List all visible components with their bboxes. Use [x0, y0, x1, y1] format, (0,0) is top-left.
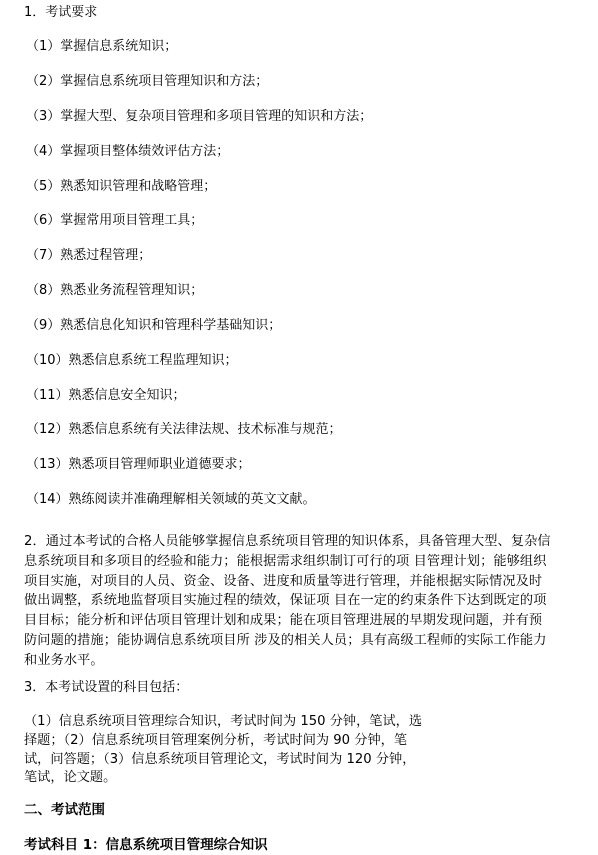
- requirement-item: （13）熟悉项目管理师职业道德要求；: [26, 457, 251, 473]
- requirement-item: （10）熟悉信息系统工程监理知识；: [26, 353, 238, 369]
- paragraph-line: 做出调整，系统地监督项目实施过程的绩效，保证项 目在一定的约束条件下达到既定的项: [24, 591, 584, 611]
- section1-title: 1．考试要求: [24, 5, 97, 21]
- heading-exam-scope: 二、考试范围: [24, 802, 105, 818]
- paragraph-line: 试，问答题；（3）信息系统项目管理论文，考试时间为 120 分钟，: [24, 751, 464, 770]
- requirement-item: （7）熟悉过程管理；: [26, 248, 151, 264]
- paragraph-line: 笔试，论文题。: [24, 769, 464, 788]
- paragraph-line: 2．通过本考试的合格人员能够掌握信息系统项目管理的知识体系，具备管理大型、复杂信: [24, 532, 584, 552]
- requirement-item: （4）掌握项目整体绩效评估方法；: [26, 144, 229, 160]
- requirement-item: （1）掌握信息系统知识；: [26, 39, 177, 55]
- section3-paragraph: （1）信息系统项目管理综合知识，考试时间为 150 分钟，笔试，选 择题；（2）…: [24, 713, 464, 788]
- paragraph-line: 项目实施，对项目的人员、资金、设备、进度和质量等进行管理，并能根据实际情况及时: [24, 572, 584, 592]
- heading-subject-1: 考试科目 1：信息系统项目管理综合知识: [24, 837, 268, 853]
- paragraph-line: 和业务水平。: [24, 651, 584, 671]
- requirement-item: （5）熟悉知识管理和战略管理；: [26, 179, 216, 195]
- paragraph-line: 择题；（2）信息系统项目管理案例分析，考试时间为 90 分钟，笔: [24, 732, 464, 751]
- requirement-item: （8）熟悉业务流程管理知识；: [26, 283, 203, 299]
- section2-paragraph: 2．通过本考试的合格人员能够掌握信息系统项目管理的知识体系，具备管理大型、复杂信…: [24, 532, 584, 671]
- requirement-item: （3）掌握大型、复杂项目管理和多项目管理的知识和方法；: [26, 109, 372, 125]
- requirement-item: （2）掌握信息系统项目管理知识和方法；: [26, 74, 268, 90]
- requirement-item: （6）掌握常用项目管理工具；: [26, 213, 203, 229]
- requirement-item: （11）熟悉信息安全知识；: [26, 388, 186, 404]
- paragraph-line: （1）信息系统项目管理综合知识，考试时间为 150 分钟，笔试，选: [24, 713, 464, 732]
- requirement-item: （12）熟悉信息系统有关法律法规、技术标准与规范；: [26, 422, 342, 438]
- section3-title: 3．本考试设置的科目包括：: [24, 680, 188, 696]
- paragraph-line: 目目标；能分析和评估项目管理计划和成果；能在项目管理进展的早期发现问题，并有预: [24, 611, 584, 631]
- requirement-item: （9）熟悉信息化知识和管理科学基础知识；: [26, 318, 281, 334]
- paragraph-line: 息系统项目和多项目的经验和能力；能根据需求组织制订可行的项 目管理计划；能够组织: [24, 552, 584, 572]
- requirement-item: （14）熟练阅读并准确理解相关领域的英文文献。: [26, 492, 316, 508]
- paragraph-line: 防问题的措施；能协调信息系统项目所 涉及的相关人员；具有高级工程师的实际工作能力: [24, 631, 584, 651]
